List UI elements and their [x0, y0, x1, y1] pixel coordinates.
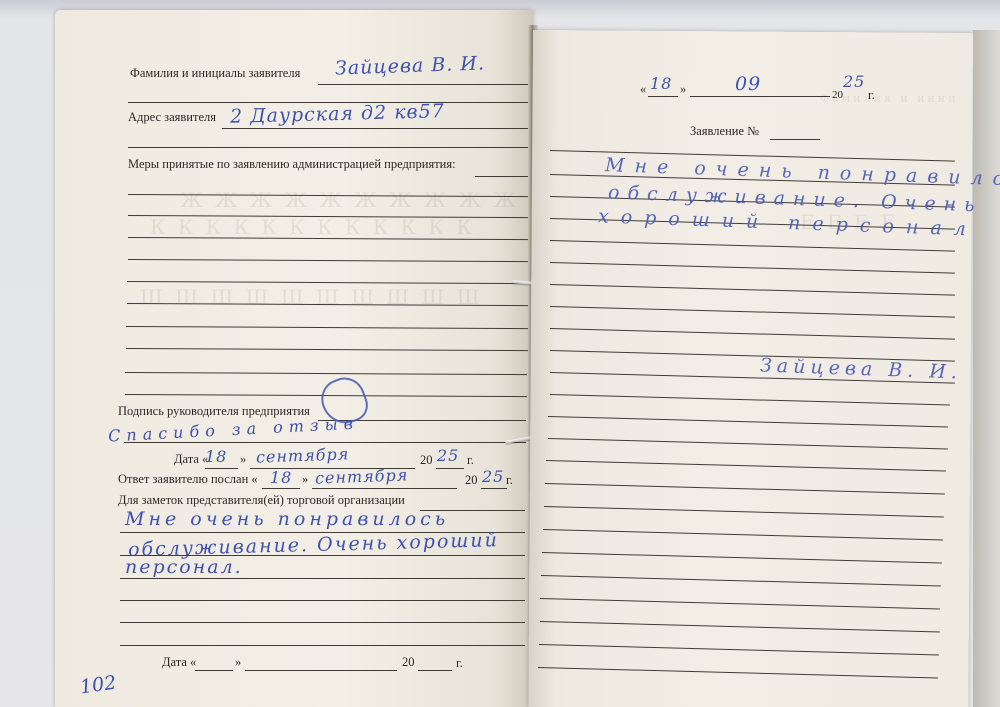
measures-underline	[475, 176, 530, 177]
bottom-date-day-underline	[195, 670, 233, 671]
statement-label: Заявление №	[690, 124, 759, 139]
form-line	[128, 147, 530, 148]
reply-year-underline	[481, 488, 507, 489]
reply-month: сентября	[315, 465, 409, 487]
year-prefix: 20	[420, 453, 433, 468]
bottom-date-year-underline	[418, 670, 452, 671]
applicant-name-label: Фамилия и инициалы заявителя	[130, 66, 300, 81]
right-date-day-underline	[648, 96, 678, 97]
date-year-underline	[436, 468, 464, 469]
right-date-day: 18	[650, 74, 672, 93]
reply-day: 18	[270, 468, 292, 487]
statement-number-underline	[770, 139, 820, 140]
bottom-date-label-prefix: Дата «	[162, 655, 196, 670]
reply-year-suffix: г.	[506, 473, 513, 488]
rep-notes-label: Для заметок представителя(ей) торговой о…	[118, 493, 405, 508]
date-day: 18	[205, 447, 227, 466]
bottom-year-suffix: г.	[456, 656, 463, 671]
right-date-close-quote: »	[680, 82, 686, 97]
date-month: сентября	[256, 444, 350, 466]
rep-notes-line	[120, 600, 525, 601]
rep-note-line-3: персонал.	[125, 556, 243, 578]
date-day-underline	[205, 468, 238, 469]
date-year: 25	[437, 446, 459, 465]
applicant-name-underline	[318, 84, 530, 85]
bottom-date-label-mid: »	[235, 655, 241, 670]
date-label-mid: »	[240, 452, 246, 467]
rep-notes-line	[120, 622, 525, 623]
reply-day-underline	[262, 488, 300, 489]
show-through-text: К К К К К К К К К К К К	[150, 215, 475, 239]
reply-month-underline	[312, 488, 457, 489]
bottom-date-month-underline	[245, 670, 397, 671]
right-date-open-quote: «	[640, 82, 646, 97]
applicant-address-label: Адрес заявителя	[128, 110, 216, 125]
rep-note-line-1: Мне очень понравилось	[125, 508, 449, 530]
bottom-year-prefix: 20	[402, 655, 415, 670]
date-label-prefix: Дата «	[174, 452, 208, 467]
rep-notes-line	[120, 645, 525, 646]
form-line	[124, 442, 526, 443]
right-date-month: 09	[735, 73, 761, 95]
show-through-text: Ж Ж Ж Ж Ж Ж Ж Ж Ж Ж	[180, 188, 519, 212]
reply-label-mid: »	[302, 472, 308, 487]
right-year-suffix: г.	[868, 88, 875, 103]
reply-sent-label: Ответ заявителю послан «	[118, 472, 258, 487]
right-date-month-underline	[690, 96, 830, 97]
measures-label: Меры принятые по заявлению администрацие…	[128, 157, 456, 172]
page-stack-edge	[973, 30, 1000, 707]
rep-notes-line	[120, 578, 525, 579]
reply-year-prefix: 20	[465, 473, 478, 488]
applicant-address-underline	[222, 128, 530, 129]
reply-year: 25	[482, 467, 504, 486]
year-suffix: г.	[467, 453, 474, 468]
right-date-year: 25	[843, 72, 865, 91]
right-year-prefix: 20	[832, 89, 843, 101]
